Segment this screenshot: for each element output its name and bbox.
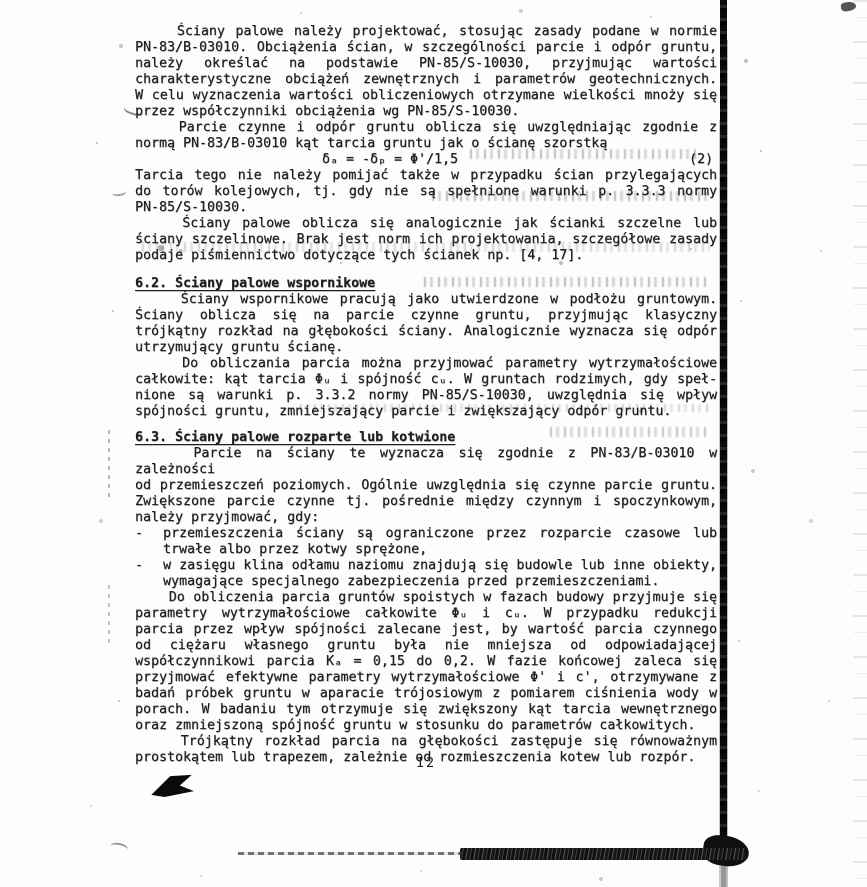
paragraph-analogy-sheet-walls: Ściany palowe oblicza się analogicznie j… [135, 216, 717, 264]
scan-smudge [142, 242, 710, 252]
scan-smudge [432, 191, 710, 201]
scan-smudge [300, 404, 710, 412]
bullet-text: przemieszczenia ściany są ograniczone pr… [163, 526, 717, 558]
scan-smudge [424, 277, 710, 287]
bullet-dash: - [135, 558, 163, 590]
page-number: 12 [135, 755, 717, 771]
paragraph-design-rules: Ściany palowe należy projektować, stosuj… [135, 24, 717, 120]
margin-squiggle [111, 185, 126, 197]
margin-dashed-line [108, 585, 110, 647]
bottom-faint-streak [238, 852, 462, 855]
bullet-text: w zasięgu klina odłamu naziomu znajdują … [163, 558, 717, 590]
bullet-dash: - [135, 526, 163, 558]
small-tick-mark [109, 841, 129, 855]
paragraph-active-pressure: Parcie czynne i odpór gruntu oblicza się… [135, 120, 717, 152]
paragraph-cantilever-walls: Ściany wspornikowe pracują jako utwierdz… [135, 292, 717, 356]
scan-smudge [470, 149, 696, 159]
bullet-item-structures: - w zasięgu klina odłamu naziomu znajduj… [135, 558, 717, 590]
scanned-document-page: Ściany palowe należy projektować, stosuj… [0, 0, 867, 887]
paragraph-braced-anchored: Parcie na ściany te wyznacza się zgodnie… [135, 446, 717, 526]
scan-smudge [550, 427, 708, 437]
right-edge-noise [853, 0, 867, 887]
bullet-item-displacements: - przemieszczenia ściany są ograniczone … [135, 526, 717, 558]
pen-flick-mark [148, 771, 196, 803]
margin-dashed-line [108, 430, 110, 502]
scan-speckle-noise [0, 0, 2, 2]
binding-edge-bar [720, 0, 727, 852]
text-column: Ściany palowe należy projektować, stosuj… [135, 24, 717, 766]
bottom-scribble-streak [460, 848, 746, 860]
paragraph-cohesive-soils: Do obliczenia parcia gruntów spoistych w… [135, 590, 717, 734]
